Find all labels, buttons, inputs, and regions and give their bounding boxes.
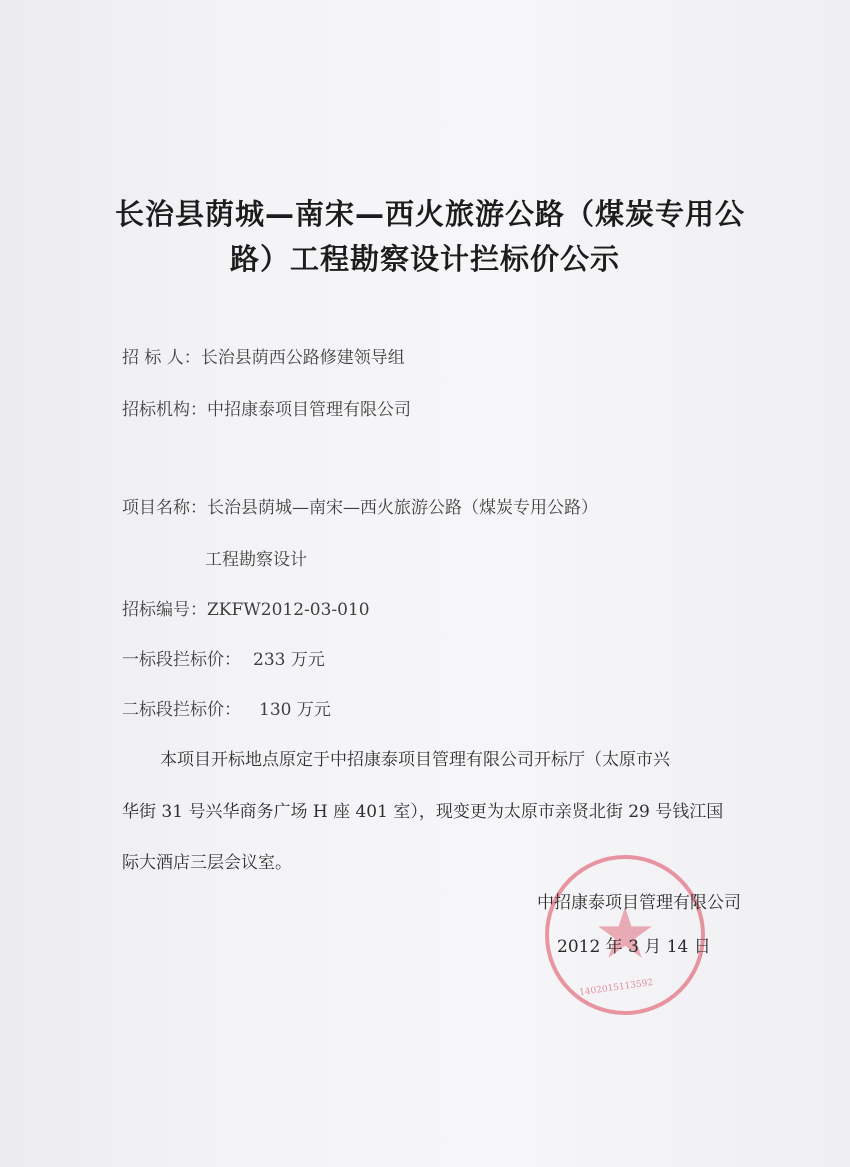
tenderer-label: 招 标 人： [122, 348, 201, 368]
section1-price-value: 233 万元 [253, 650, 325, 670]
signature-company: 中招康泰项目管理有限公司 [537, 888, 741, 913]
notice-line2: 华街 31 号兴华商务广场 H 座 401 室），现变更为太原市亲贤北街 29 … [122, 797, 723, 822]
agency-value: 中招康泰项目管理有限公司 [207, 400, 411, 420]
notice-line1: 本项目开标地点原定于中招康泰项目管理有限公司开标厅（太原市兴 [160, 745, 670, 770]
stamp-code: 1402015113592 [579, 978, 654, 998]
tenderer-row: 招 标 人：长治县荫西公路修建领导组 [122, 343, 405, 368]
tenderer-value: 长治县荫西公路修建领导组 [201, 348, 405, 368]
project-label: 项目名称： [122, 498, 207, 518]
signature-date: 2012 年 3 月 14 日 [557, 932, 711, 957]
project-value: 长治县荫城—南宋—西火旅游公路（煤炭专用公路） [207, 498, 598, 518]
document-page: 长治县荫城—南宋—西火旅游公路（煤炭专用公 路）工程勘察设计拦标价公示 招 标 … [0, 0, 850, 1167]
project-value-line2: 工程勘察设计 [205, 545, 307, 570]
document-title-line2: 路）工程勘察设计拦标价公示 [0, 237, 850, 278]
agency-label: 招标机构： [122, 400, 207, 420]
bid-number-value: ZKFW2012-03-010 [207, 600, 370, 620]
bid-number-label: 招标编号： [122, 600, 207, 620]
section1-price-label: 一标段拦标价： [122, 650, 241, 670]
bid-number-row: 招标编号：ZKFW2012-03-010 [122, 595, 370, 620]
section1-price-row: 一标段拦标价：233 万元 [122, 645, 325, 670]
section2-price-label: 二标段拦标价： [122, 700, 241, 720]
section2-price-value: 130 万元 [259, 700, 331, 720]
notice-line3: 际大酒店三层会议室。 [122, 848, 292, 873]
project-row: 项目名称：长治县荫城—南宋—西火旅游公路（煤炭专用公路） [122, 493, 598, 518]
document-title-line1: 长治县荫城—南宋—西火旅游公路（煤炭专用公 [5, 192, 850, 233]
section2-price-row: 二标段拦标价：130 万元 [122, 695, 331, 720]
agency-row: 招标机构：中招康泰项目管理有限公司 [122, 395, 411, 420]
